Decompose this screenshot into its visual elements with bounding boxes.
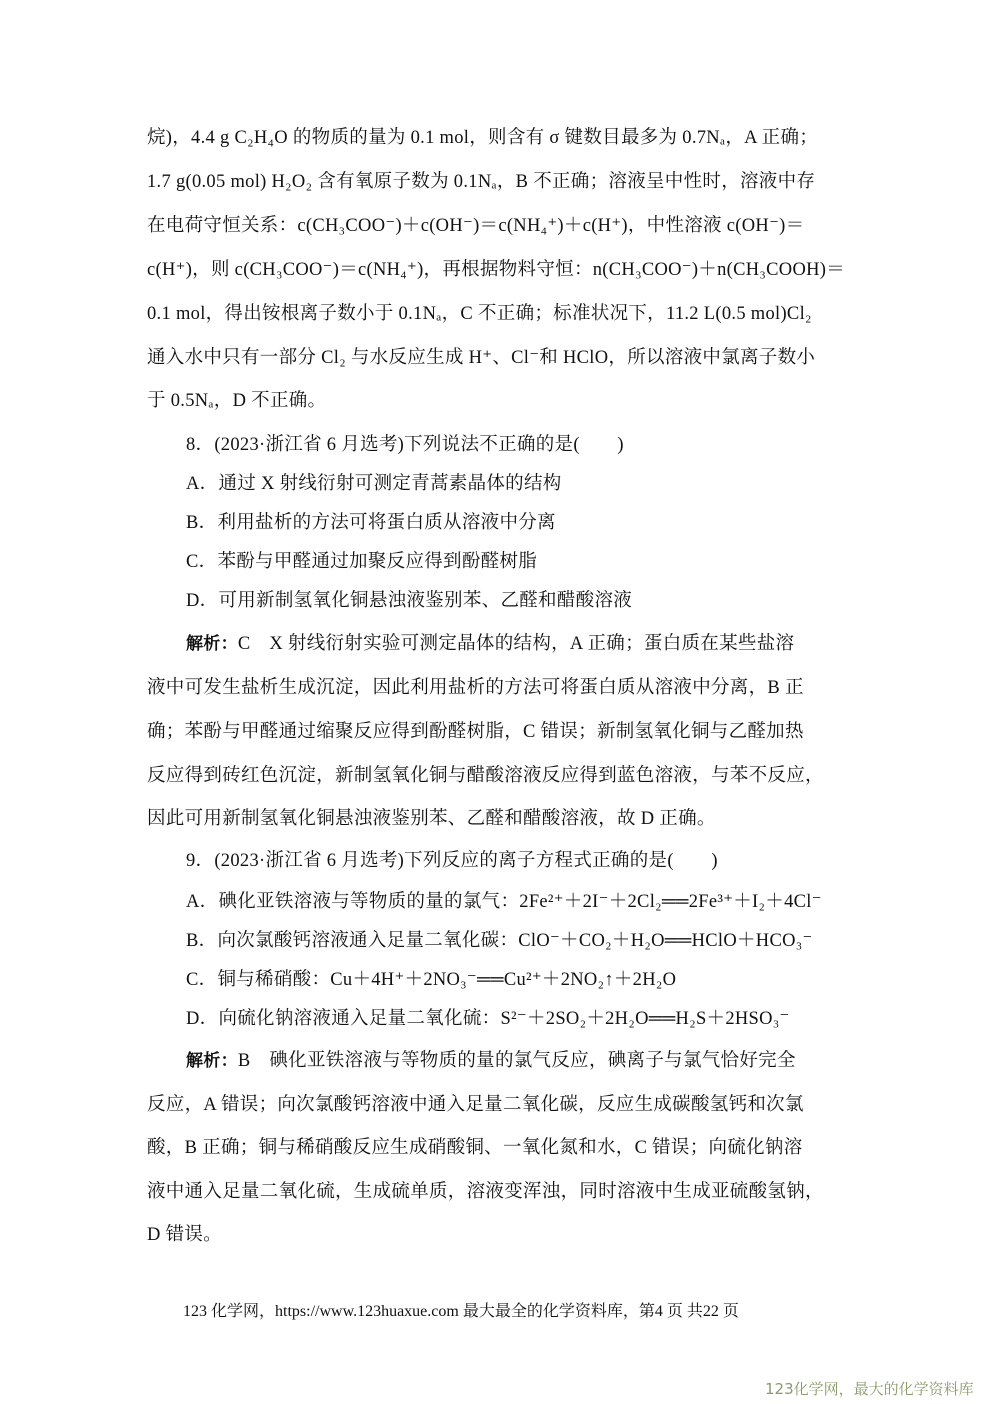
analysis-line: 通入水中只有一部分 Cl₂ 与水反应生成 H⁺、Cl⁻和 HClO，所以溶液中氯… <box>147 347 815 369</box>
question-8-option-c: C．苯酚与甲醛通过加聚反应得到酚醛树脂 <box>186 551 537 573</box>
analysis-line: 酸，B 正确；铜与稀硝酸反应生成硝酸铜、一氧化氮和水，C 错误；向硫化钠溶 <box>147 1137 803 1159</box>
analysis-text: C X 射线衍射实验可测定晶体的结构，A 正确；蛋白质在某些盐溶 <box>238 634 794 654</box>
question-9-option-c: C．铜与稀硝酸：Cu＋4H⁺＋2NO₃⁻══Cu²⁺＋2NO₂↑＋2H₂O <box>186 969 676 991</box>
watermark: 123化学网，最大的化学资料库 <box>765 1378 974 1399</box>
question-8-option-a: A．通过 X 射线衍射可测定青蒿素晶体的结构 <box>186 473 562 495</box>
option-prefix: C．铜与稀硝酸： <box>186 970 330 990</box>
analysis-line: 液中通入足量二氧化硫，生成硫单质，溶液变浑浊，同时溶液中生成亚硫酸氢钠， <box>147 1181 824 1203</box>
question-8-stem: 8．(2023·浙江省 6 月选考)下列说法不正确的是( ) <box>186 434 624 456</box>
option-prefix: D．向硫化钠溶液通入足量二氧化硫： <box>186 1009 500 1029</box>
analysis-line: 在电荷守恒关系：c(CH₃COO⁻)＋c(OH⁻)＝c(NH₄⁺)＋c(H⁺)，… <box>147 215 804 237</box>
analysis-line: 液中可发生盐析生成沉淀，因此利用盐析的方法可将蛋白质从溶液中分离，B 正 <box>147 677 804 699</box>
question-9-analysis-first: 解析：B 碘化亚铁溶液与等物质的量的氯气反应，碘离子与氯气恰好完全 <box>186 1050 796 1072</box>
question-9-option-b: B．向次氯酸钙溶液通入足量二氧化碳：ClO⁻＋CO₂＋H₂O══HClO＋HCO… <box>186 930 813 952</box>
analysis-line: 1.7 g(0.05 mol) H₂O₂ 含有氧原子数为 0.1Nₐ，B 不正确… <box>147 171 815 193</box>
analysis-line: 确；苯酚与甲醛通过缩聚反应得到酚醛树脂，C 错误；新制氢氧化铜与乙醛加热 <box>147 721 804 743</box>
ionic-equation: 2Fe²⁺＋2I⁻＋2Cl₂══2Fe³⁺＋I₂＋4Cl⁻ <box>519 892 822 912</box>
analysis-line: 反应得到砖红色沉淀，新制氢氧化铜与醋酸溶液反应得到蓝色溶液，与苯不反应， <box>147 765 824 787</box>
ionic-equation: ClO⁻＋CO₂＋H₂O══HClO＋HCO₃⁻ <box>518 931 812 951</box>
question-9-stem: 9．(2023·浙江省 6 月选考)下列反应的离子方程式正确的是( ) <box>186 850 718 872</box>
analysis-line: D 错误。 <box>147 1224 222 1246</box>
option-prefix: B．向次氯酸钙溶液通入足量二氧化碳： <box>186 931 518 951</box>
analysis-line: 于 0.5Nₐ，D 不正确。 <box>147 390 326 412</box>
question-8-option-d: D．可用新制氢氧化铜悬浊液鉴别苯、乙醛和醋酸溶液 <box>186 590 632 612</box>
question-9-option-d: D．向硫化钠溶液通入足量二氧化硫：S²⁻＋2SO₂＋2H₂O══H₂S＋2HSO… <box>186 1008 790 1030</box>
analysis-text: B 碘化亚铁溶液与等物质的量的氯气反应，碘离子与氯气恰好完全 <box>238 1051 796 1071</box>
analysis-line: 因此可用新制氢氧化铜悬浊液鉴别苯、乙醛和醋酸溶液，故 D 正确。 <box>147 808 716 830</box>
analysis-line: 0.1 mol，得出铵根离子数小于 0.1Nₐ，C 不正确；标准状况下，11.2… <box>147 303 812 325</box>
analysis-label: 解析： <box>186 1051 238 1071</box>
analysis-line: 反应，A 错误；向次氯酸钙溶液中通入足量二氧化碳，反应生成碳酸氢钙和次氯 <box>147 1094 804 1116</box>
ionic-equation: S²⁻＋2SO₂＋2H₂O══H₂S＋2HSO₃⁻ <box>500 1009 789 1029</box>
analysis-line: 烷)，4.4 g C₂H₄O 的物质的量为 0.1 mol，则含有 σ 键数目最… <box>147 127 818 149</box>
question-9-option-a: A．碘化亚铁溶液与等物质的量的氯气：2Fe²⁺＋2I⁻＋2Cl₂══2Fe³⁺＋… <box>186 891 822 913</box>
option-prefix: A．碘化亚铁溶液与等物质的量的氯气： <box>186 892 519 912</box>
analysis-line: c(H⁺)，则 c(CH₃COO⁻)＝c(NH₄⁺)，再根据物料守恒：n(CH₃… <box>147 259 845 281</box>
analysis-label: 解析： <box>186 634 238 654</box>
question-8-analysis-first: 解析：C X 射线衍射实验可测定晶体的结构，A 正确；蛋白质在某些盐溶 <box>186 633 794 655</box>
question-8-option-b: B．利用盐析的方法可将蛋白质从溶液中分离 <box>186 512 556 534</box>
document-page: 烷)，4.4 g C₂H₄O 的物质的量为 0.1 mol，则含有 σ 键数目最… <box>0 0 993 1404</box>
page-footer: 123 化学网，https://www.123huaxue.com 最大最全的化… <box>183 1298 739 1321</box>
ionic-equation: Cu＋4H⁺＋2NO₃⁻══Cu²⁺＋2NO₂↑＋2H₂O <box>330 970 676 990</box>
